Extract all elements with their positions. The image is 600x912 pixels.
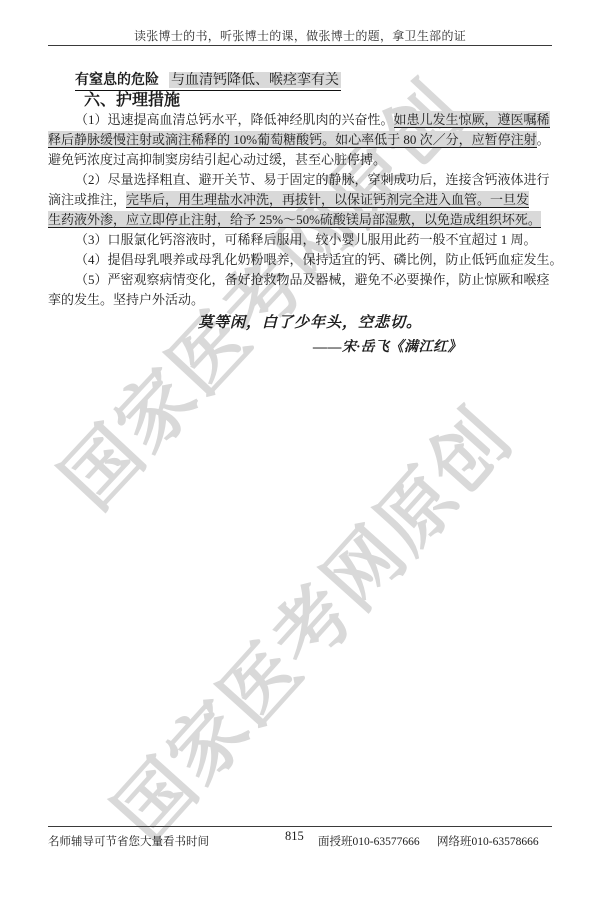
text-segment: 挛的发生。坚持户外活动。 <box>48 292 204 307</box>
text-line: 生药液外渗，应立即停止注射，给予 25%～50%硫酸镁局部湿敷，以免造成组织坏死… <box>48 210 552 230</box>
text-line: （4）提倡母乳喂养或母乳化奶粉喂养，保持适宜的钙、磷比例，防止低钙血症发生。 <box>48 250 552 270</box>
document-page: 国家医考网原创 国家医考网原创 读张博士的书，听张博士的课，做张博士的题，拿卫生… <box>0 0 600 912</box>
text-line: （2）尽量选择粗直、避开关节、易于固定的静脉，穿刺成功后，连接含钙液体进行 <box>48 170 552 190</box>
poem-quote: 莫等闲，白了少年头，空悲切。 <box>198 311 422 332</box>
risk-heading-related: 与血清钙降低、喉痉挛有关 <box>169 72 341 88</box>
highlighted-text-segment: 完毕后，用生理盐水冲洗，再拔针，以保证钙剂完全进入血管。一旦发 <box>126 191 529 208</box>
text-segment: 。 <box>537 132 550 147</box>
text-line: 释后静脉缓慢注射或滴注稀释的 10%葡萄糖酸钙。如心率低于 80 次／分，应暂停… <box>48 130 552 150</box>
footer-phone-onsite: 面授班010-63577666 <box>318 833 420 849</box>
text-segment: （5）严密观察病情变化，备好抢救物品及器械，避免不必要操作，防止惊厥和喉痉 <box>75 272 550 287</box>
text-line: 避免钙浓度过高抑制窦房结引起心动过缓，甚至心脏停搏。 <box>48 150 552 170</box>
text-line: （3）口服氯化钙溶液时，可稀释后服用，较小婴儿服用此药一般不宜超过 1 周。 <box>48 230 552 250</box>
text-segment: 避免钙浓度过高抑制窦房结引起心动过缓，甚至心脏停搏。 <box>48 152 386 167</box>
highlighted-text-segment: 释后静脉缓慢注射或滴注稀释的 10%葡萄糖酸钙。如心率低于 80 次／分，应暂停… <box>48 131 537 148</box>
text-line: 滴注或推注，完毕后，用生理盐水冲洗，再拔针，以保证钙剂完全进入血管。一旦发 <box>48 190 552 210</box>
header-slogan: 读张博士的书，听张博士的课，做张博士的题，拿卫生部的证 <box>0 27 600 44</box>
text-line: （1）迅速提高血清总钙水平，降低神经肌肉的兴奋性。如患儿发生惊厥，遵医嘱稀 <box>48 110 552 130</box>
highlighted-text-segment: 生药液外渗，应立即停止注射，给予 25%～50%硫酸镁局部湿敷，以免造成组织坏死… <box>48 211 541 228</box>
text-segment: （1）迅速提高血清总钙水平，降低神经肌肉的兴奋性。 <box>75 112 394 127</box>
risk-heading-title: 有窒息的危险 <box>75 71 159 87</box>
text-segment: （3）口服氯化钙溶液时，可稀释后服用，较小婴儿服用此药一般不宜超过 1 周。 <box>75 232 537 247</box>
body-lines: （1）迅速提高血清总钙水平，降低神经肌肉的兴奋性。如患儿发生惊厥，遵医嘱稀释后静… <box>48 110 552 310</box>
text-segment: （4）提倡母乳喂养或母乳化奶粉喂养，保持适宜的钙、磷比例，防止低钙血症发生。 <box>75 252 563 267</box>
poem-attribution: ——宋·岳飞《满江红》 <box>313 336 462 356</box>
text-line: （5）严密观察病情变化，备好抢救物品及器械，避免不必要操作，防止惊厥和喉痉 <box>48 270 552 290</box>
footer-phone-online: 网络班010-63578666 <box>437 833 539 849</box>
header-rule <box>48 45 552 46</box>
text-segment: （2）尽量选择粗直、避开关节、易于固定的静脉，穿刺成功后，连接含钙液体进行 <box>75 172 550 187</box>
footer-rule <box>48 826 552 827</box>
page-number: 815 <box>285 829 304 844</box>
text-line: 挛的发生。坚持户外活动。 <box>48 290 552 310</box>
highlighted-text-segment: 如患儿发生惊厥，遵医嘱稀 <box>394 111 550 128</box>
text-segment: 滴注或推注， <box>48 192 126 207</box>
section-heading: 六、护理措施 <box>84 87 180 110</box>
footer-slogan: 名师辅导可节省您大量看书时间 <box>48 833 209 849</box>
